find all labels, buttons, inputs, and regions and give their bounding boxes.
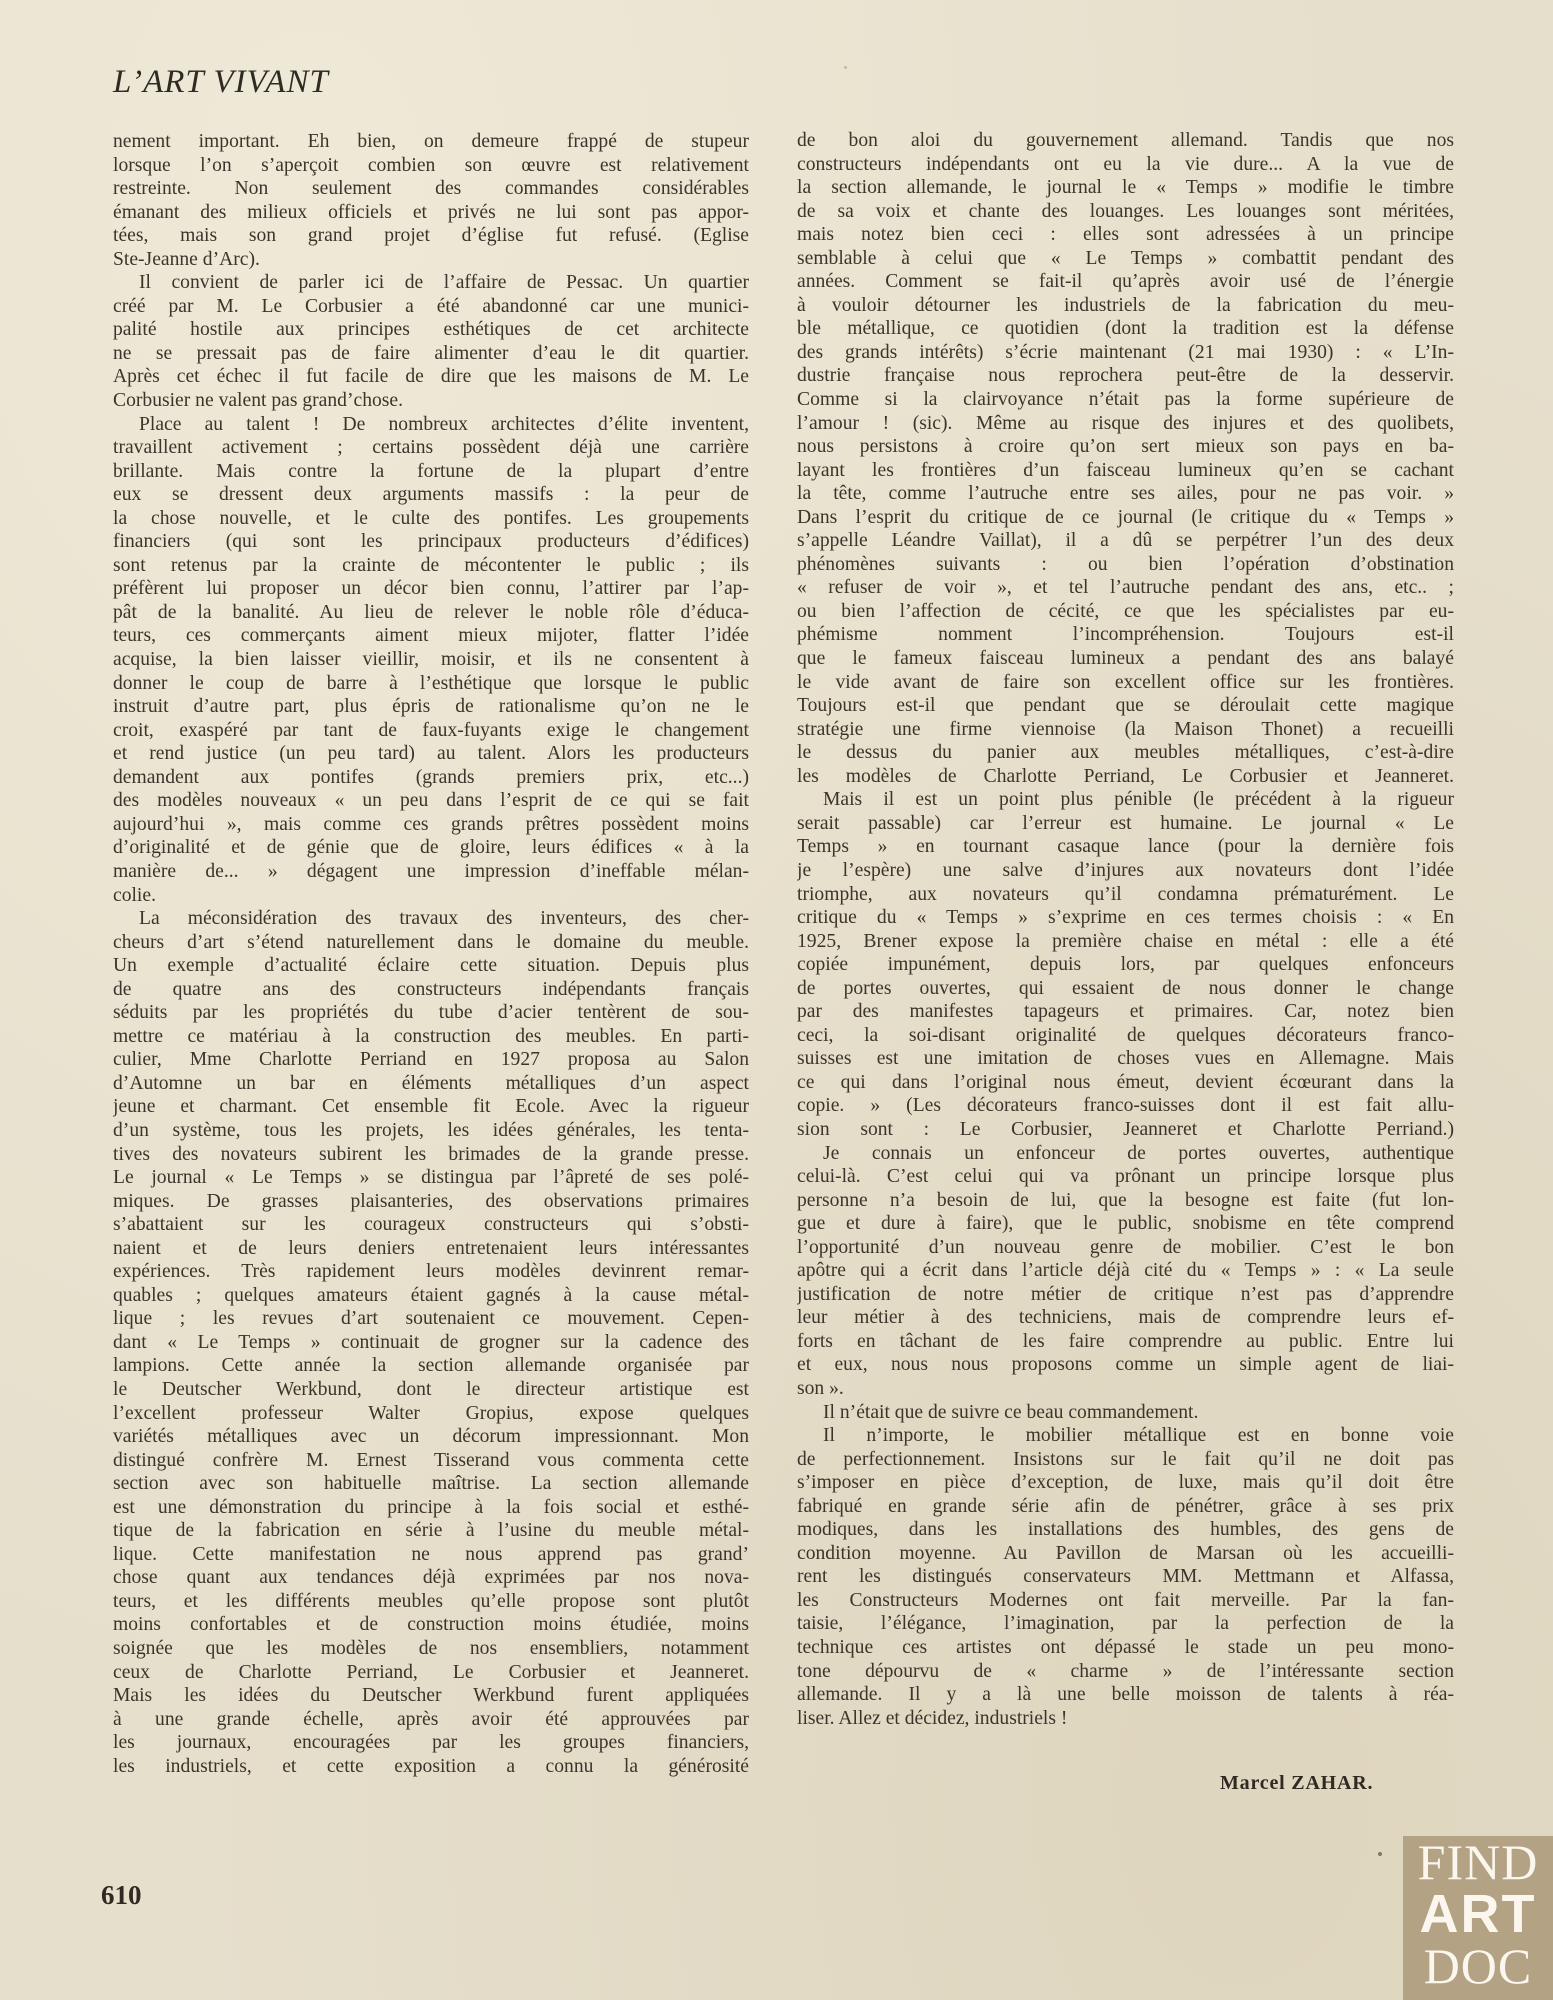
text-line: mais notez bien ceci : elles sont adress… xyxy=(797,223,1454,247)
text-line: culier, Mme Charlotte Perriand en 1927 p… xyxy=(113,1048,749,1072)
text-line: s’imposer en pièce d’exception, de luxe,… xyxy=(797,1471,1454,1495)
text-line: l’excellent professeur Walter Gropius, e… xyxy=(113,1402,749,1426)
text-line: quables ; quelques amateurs étaient gagn… xyxy=(113,1284,749,1308)
text-line: copie. » (Les décorateurs franco-suisses… xyxy=(797,1094,1454,1118)
text-line: layant les frontières d’un faisceau lumi… xyxy=(797,459,1454,483)
text-line: préfèrent lui proposer un décor bien con… xyxy=(113,577,749,601)
text-line: de portes ouvertes, qui essaient de nous… xyxy=(797,977,1454,1001)
text-line: d’un système, tous les projets, les idée… xyxy=(113,1119,749,1143)
text-line: manière de... » dégagent une impression … xyxy=(113,860,749,884)
text-line: tées, mais son grand projet d’église fut… xyxy=(113,224,749,248)
text-line: phémisme nomment l’incompréhension. Touj… xyxy=(797,623,1454,647)
text-line: Il n’était que de suivre ce beau command… xyxy=(797,1401,1454,1425)
text-line: nement important. Eh bien, on demeure fr… xyxy=(113,130,749,154)
text-line: teurs, ces commerçants aiment mieux mijo… xyxy=(113,624,749,648)
text-line: la section allemande, le journal le « Te… xyxy=(797,176,1454,200)
text-line: naient et de leurs deniers entretenaient… xyxy=(113,1237,749,1261)
text-line: eux se dressent deux arguments massifs :… xyxy=(113,483,749,507)
text-line: je l’espère) une salve d’injures aux nov… xyxy=(797,859,1454,883)
text-line: la tête, comme l’autruche entre ses aile… xyxy=(797,482,1454,506)
text-line: personne n’a besoin de lui, que la besog… xyxy=(797,1189,1454,1213)
text-line: aujourd’hui », mais comme ces grands prê… xyxy=(113,813,749,837)
text-line: d’Automne un bar en éléments métalliques… xyxy=(113,1072,749,1096)
page-number: 610 xyxy=(101,1880,142,1911)
text-line: serait passable) car l’erreur est humain… xyxy=(797,812,1454,836)
text-line: Il convient de parler ici de l’affaire d… xyxy=(113,271,749,295)
text-line: financiers (qui sont les principaux prod… xyxy=(113,530,749,554)
text-line: jeune et charmant. Cet ensemble fit Ecol… xyxy=(113,1095,749,1119)
text-line: par des manifestes tapageurs et primaire… xyxy=(797,1000,1454,1024)
text-line: Après cet échec il fut facile de dire qu… xyxy=(113,365,749,389)
watermark-line-find: FIND xyxy=(1403,1836,1553,1888)
text-line: tique de la fabrication en série à l’usi… xyxy=(113,1519,749,1543)
text-line: 1925, Brener expose la première chaise e… xyxy=(797,930,1454,954)
text-line: Je connais un enfonceur de portes ouvert… xyxy=(797,1142,1454,1166)
text-line: le Deutscher Werkbund, dont le directeur… xyxy=(113,1378,749,1402)
text-line: Place au talent ! De nombreux architecte… xyxy=(113,413,749,437)
text-line: miques. De grasses plaisanteries, des ob… xyxy=(113,1190,749,1214)
text-line: technique ces artistes ont dépassé le st… xyxy=(797,1636,1454,1660)
text-line: le vide avant de faire son excellent off… xyxy=(797,671,1454,695)
text-line: que le fameux faisceau lumineux a pendan… xyxy=(797,647,1454,671)
text-line: La méconsidération des travaux des inven… xyxy=(113,907,749,931)
text-line: Corbusier ne valent pas grand’chose. xyxy=(113,389,749,413)
text-line: dant « Le Temps » continuait de grogner … xyxy=(113,1331,749,1355)
text-line: brillante. Mais contre la fortune de la … xyxy=(113,460,749,484)
text-line: son ». xyxy=(797,1377,1454,1401)
text-line: Ste-Jeanne d’Arc). xyxy=(113,248,749,272)
text-line: rent les distingués conservateurs MM. Me… xyxy=(797,1565,1454,1589)
text-line: la chose nouvelle, et le culte des ponti… xyxy=(113,507,749,531)
text-line: suisses est une imitation de choses vues… xyxy=(797,1047,1454,1071)
text-line: lampions. Cette année la section alleman… xyxy=(113,1354,749,1378)
text-line: ne se pressait pas de faire alimenter d’… xyxy=(113,342,749,366)
text-line: chose quant aux tendances déjà exprimées… xyxy=(113,1566,749,1590)
text-line: Temps » en tournant casaque lance (pour … xyxy=(797,835,1454,859)
text-line: ou bien l’affection de cécité, ce que le… xyxy=(797,600,1454,624)
text-line: modiques, dans les installations des hum… xyxy=(797,1518,1454,1542)
text-line: de bon aloi du gouvernement allemand. Ta… xyxy=(797,129,1454,153)
text-line: et eux, nous nous proposons comme un sim… xyxy=(797,1353,1454,1377)
left-column: nement important. Eh bien, on demeure fr… xyxy=(113,130,749,1778)
text-line: s’appelle Léandre Vaillat), il a dû se p… xyxy=(797,529,1454,553)
text-line: justification de notre métier de critiqu… xyxy=(797,1283,1454,1307)
text-line: teurs, et les différents meubles qu’elle… xyxy=(113,1590,749,1614)
text-line: ceci, la soi-disant originalité de quelq… xyxy=(797,1024,1454,1048)
text-line: demandent aux pontifes (grands premiers … xyxy=(113,766,749,790)
text-line: condition moyenne. Au Pavillon de Marsan… xyxy=(797,1542,1454,1566)
text-line: Toujours est-il que pendant que se dérou… xyxy=(797,694,1454,718)
text-line: les journaux, encouragées par les groupe… xyxy=(113,1731,749,1755)
text-line: instruit d’autre part, plus épris de rat… xyxy=(113,695,749,719)
text-line: les Constructeurs Modernes ont fait merv… xyxy=(797,1589,1454,1613)
text-line: de sa voix et chante des louanges. Les l… xyxy=(797,200,1454,224)
text-line: et rend justice (un peu tard) au talent.… xyxy=(113,742,749,766)
text-line: à une grande échelle, après avoir été ap… xyxy=(113,1708,749,1732)
text-line: est une démonstration du principe à la f… xyxy=(113,1496,749,1520)
text-line: palité hostile aux principes esthétiques… xyxy=(113,318,749,342)
text-line: « refuser de voir », et tel l’autruche p… xyxy=(797,576,1454,600)
text-line: l’opportunité d’un nouveau genre de mobi… xyxy=(797,1236,1454,1260)
text-line: constructeurs indépendants ont eu la vie… xyxy=(797,153,1454,177)
text-line: des modèles nouveaux « un peu dans l’esp… xyxy=(113,789,749,813)
text-line: copiée impunément, depuis lors, par quel… xyxy=(797,953,1454,977)
text-line: ce qui dans l’original nous émeut, devie… xyxy=(797,1071,1454,1095)
text-line: tone dépourvu de « charme » de l’intéres… xyxy=(797,1660,1454,1684)
text-line: semblable à celui que « Le Temps » comba… xyxy=(797,247,1454,271)
paper-speck xyxy=(844,66,847,69)
text-line: mettre ce matériau à la construction des… xyxy=(113,1025,749,1049)
text-line: expériences. Très rapidement leurs modèl… xyxy=(113,1260,749,1284)
document-page: L’ART VIVANT nement important. Eh bien, … xyxy=(0,0,1553,2000)
text-line: ble métallique, ce quotidien (dont la tr… xyxy=(797,317,1454,341)
text-line: critique du « Temps » s’exprime en ces t… xyxy=(797,906,1454,930)
text-line: stratégie une firme viennoise (la Maison… xyxy=(797,718,1454,742)
text-line: Il n’importe, le mobilier métallique est… xyxy=(797,1424,1454,1448)
text-line: forts en tâchant de les faire comprendre… xyxy=(797,1330,1454,1354)
text-line: apôtre qui a écrit dans l’article déjà c… xyxy=(797,1259,1454,1283)
text-line: variétés métalliques avec un décorum imp… xyxy=(113,1425,749,1449)
text-line: sont retenus par la crainte de mécontent… xyxy=(113,554,749,578)
watermark-line-art: ART xyxy=(1403,1888,1553,1940)
text-line: de quatre ans des constructeurs indépend… xyxy=(113,978,749,1002)
text-line: cheurs d’art s’étend naturellement dans … xyxy=(113,931,749,955)
text-line: émanant des milieux officiels et privés … xyxy=(113,201,749,225)
text-line: l’amour ! (sic). Même au risque des inju… xyxy=(797,412,1454,436)
text-line: triomphe, aux novateurs qu’il condamna p… xyxy=(797,883,1454,907)
text-line: tives des novateurs subirent les brimade… xyxy=(113,1143,749,1167)
text-line: sion sont : Le Corbusier, Jeanneret et C… xyxy=(797,1118,1454,1142)
text-line: lique ; les revues d’art soutenaient ce … xyxy=(113,1307,749,1331)
right-column: de bon aloi du gouvernement allemand. Ta… xyxy=(797,129,1454,1730)
paper-speck xyxy=(1378,1852,1382,1856)
text-line: acquise, la bien laisser vieillir, moisi… xyxy=(113,648,749,672)
text-line: Comme si la clairvoyance n’était pas la … xyxy=(797,388,1454,412)
text-line: croit, exaspéré par tant de faux-fuyants… xyxy=(113,719,749,743)
text-line: moins confortables et de construction mo… xyxy=(113,1613,749,1637)
text-line: Dans l’esprit du critique de ce journal … xyxy=(797,506,1454,530)
text-line: créé par M. Le Corbusier a été abandonné… xyxy=(113,295,749,319)
text-line: pât de la banalité. Au lieu de relever l… xyxy=(113,601,749,625)
text-line: taisie, l’élégance, l’imagination, par l… xyxy=(797,1612,1454,1636)
text-line: années. Comment se fait-il qu’après avoi… xyxy=(797,270,1454,294)
watermark-line-doc: DOC xyxy=(1403,1940,1553,1992)
text-line: à vouloir détourner les industriels de l… xyxy=(797,294,1454,318)
text-line: celui-là. C’est celui qui va prônant un … xyxy=(797,1165,1454,1189)
text-line: Le journal « Le Temps » se distingua par… xyxy=(113,1166,749,1190)
text-line: nous persistons à croire qu’on sert mieu… xyxy=(797,435,1454,459)
text-line: fabriqué en grande série afin de pénétre… xyxy=(797,1495,1454,1519)
text-line: d’originalité et de génie que de gloire,… xyxy=(113,836,749,860)
text-line: Mais les idées du Deutscher Werkbund fur… xyxy=(113,1684,749,1708)
text-line: restreinte. Non seulement des commandes … xyxy=(113,177,749,201)
text-line: allemande. Il y a là une belle moisson d… xyxy=(797,1683,1454,1707)
find-art-doc-watermark: FIND ART DOC xyxy=(1403,1836,1553,2000)
text-line: les industriels, et cette exposition a c… xyxy=(113,1755,749,1779)
text-line: lique. Cette manifestation ne nous appre… xyxy=(113,1543,749,1567)
text-line: donner le coup de barre à l’esthétique q… xyxy=(113,672,749,696)
text-line: phénomènes suivants : ou bien l’opératio… xyxy=(797,553,1454,577)
text-line: leur métier à des techniciens, mais de c… xyxy=(797,1306,1454,1330)
text-line: s’abattaient sur les courageux construct… xyxy=(113,1213,749,1237)
text-line: lorsque l’on s’aperçoit combien son œuvr… xyxy=(113,154,749,178)
text-line: soignée que les modèles de nos ensemblie… xyxy=(113,1637,749,1661)
text-line: de perfectionnement. Insistons sur le fa… xyxy=(797,1448,1454,1472)
text-line: travaillent activement ; certains possèd… xyxy=(113,436,749,460)
running-head: L’ART VIVANT xyxy=(113,64,329,101)
text-line: le dessus du panier aux meubles métalliq… xyxy=(797,741,1454,765)
text-line: section avec son habituelle maîtrise. La… xyxy=(113,1472,749,1496)
text-line: colie. xyxy=(113,884,749,908)
text-line: dustrie française nous reprochera peut-ê… xyxy=(797,364,1454,388)
text-line: Mais il est un point plus pénible (le pr… xyxy=(797,788,1454,812)
text-line: gue et dure à faire), que le public, sno… xyxy=(797,1212,1454,1236)
text-line: distingué confrère M. Ernest Tisserand v… xyxy=(113,1449,749,1473)
text-line: séduits par les propriétés du tube d’aci… xyxy=(113,1001,749,1025)
text-line: Un exemple d’actualité éclaire cette sit… xyxy=(113,954,749,978)
text-line: les modèles de Charlotte Perriand, Le Co… xyxy=(797,765,1454,789)
text-line: ceux de Charlotte Perriand, Le Corbusier… xyxy=(113,1661,749,1685)
text-line: liser. Allez et décidez, industriels ! xyxy=(797,1707,1454,1731)
text-line: des grands intérêts) s’écrie maintenant … xyxy=(797,341,1454,365)
author-signature: Marcel ZAHAR. xyxy=(1220,1772,1373,1795)
